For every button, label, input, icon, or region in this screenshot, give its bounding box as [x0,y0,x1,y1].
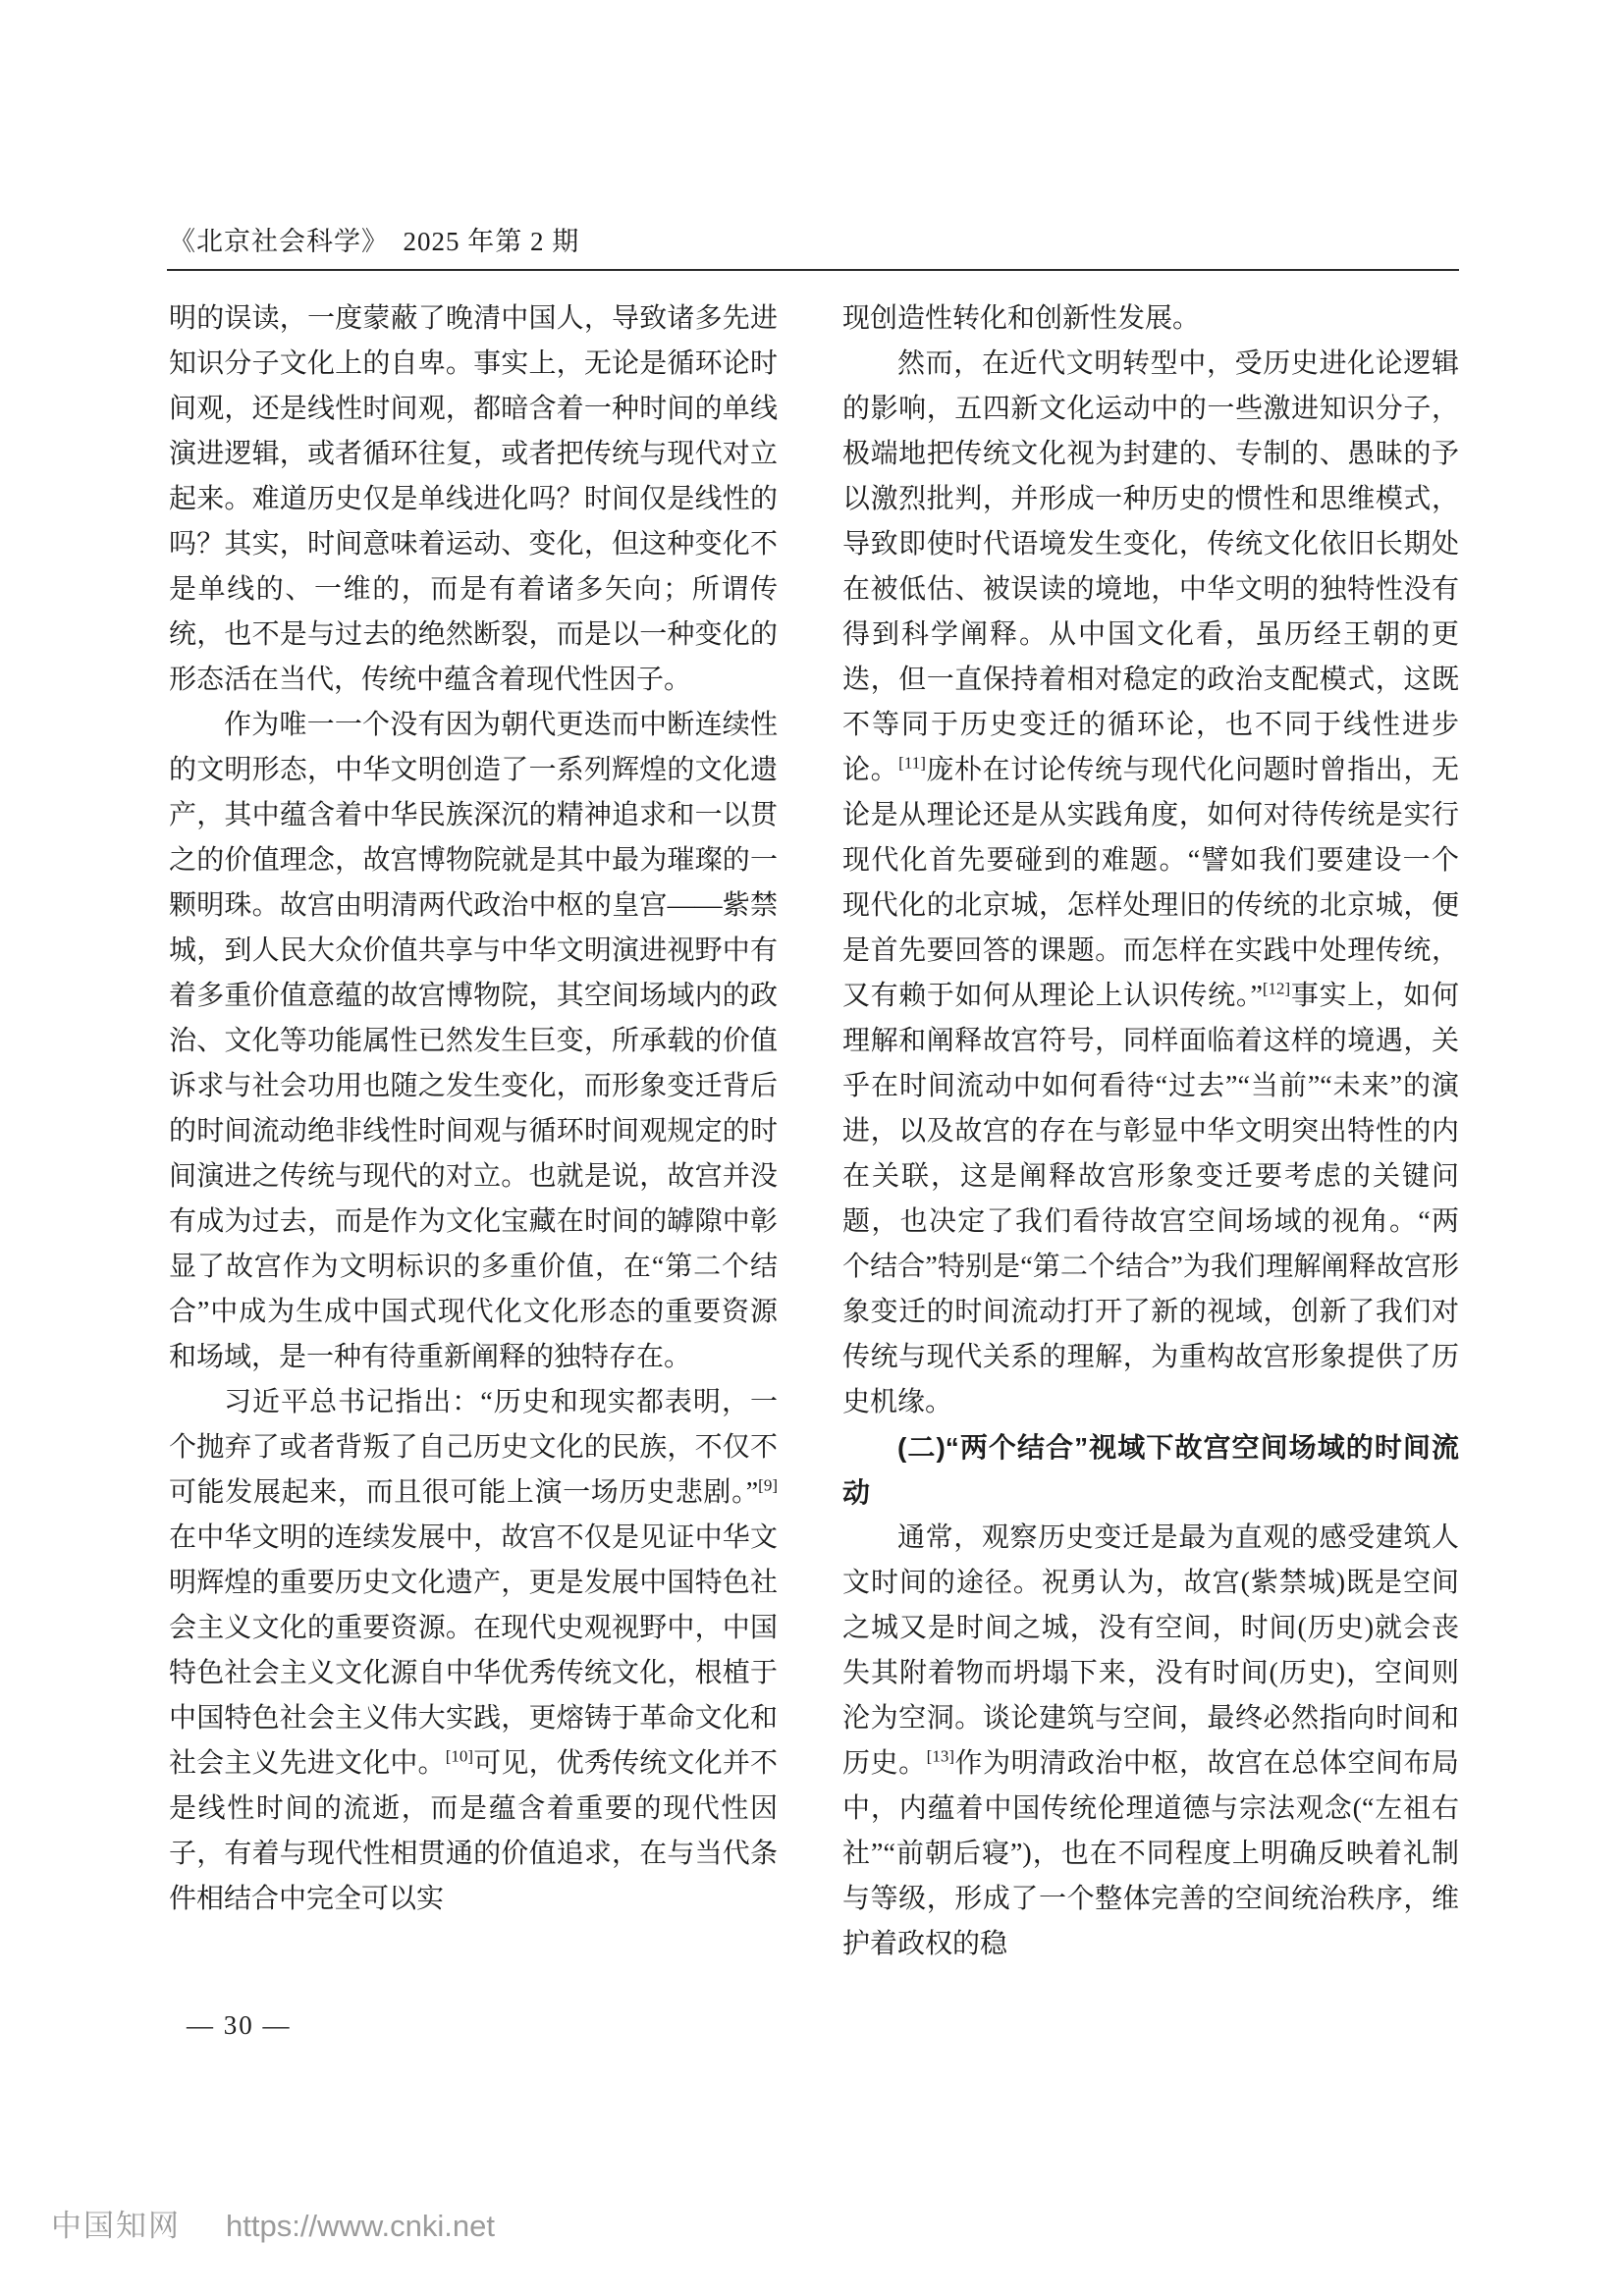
paragraph: 通常，观察历史变迁是最为直观的感受建筑人文时间的途径。祝勇认为，故宫(紫禁城)既… [842,1516,1459,1967]
cnki-url-text: https://www.cnki.net [226,2209,495,2244]
citation-ref: [9] [758,1476,778,1495]
left-column: 明的误读，一度蒙蔽了晚清中国人，导致诸多先进知识分子文化上的自卑。事实上，无论是… [169,296,778,1922]
section-heading: (二)“两个结合”视域下故宫空间场域的时间流动 [842,1425,1459,1516]
citation-ref: [11] [898,754,926,773]
cnki-brand-text: 中国知网 [51,2201,181,2245]
header-rule [167,269,1459,271]
journal-page: 《北京社会科学》 2025 年第 2 期 明的误读，一度蒙蔽了晚清中国人，导致诸… [0,0,1623,2296]
citation-ref: [10] [446,1747,473,1766]
citation-ref: [12] [1263,980,1290,998]
paragraph: 明的误读，一度蒙蔽了晚清中国人，导致诸多先进知识分子文化上的自卑。事实上，无论是… [169,296,778,703]
right-column: 现创造性转化和创新性发展。然而，在近代文明转型中，受历史进化论逻辑的影响，五四新… [842,296,1459,1967]
page-number: — 30 — [187,2010,292,2041]
paragraph: 现创造性转化和创新性发展。 [842,296,1459,342]
footer: 中国知网 https://www.cnki.net [51,2201,495,2245]
journal-header: 《北京社会科学》 2025 年第 2 期 [169,220,579,258]
paragraph: 作为唯一一个没有因为朝代更迭而中断连续性的文明形态，中华文明创造了一系列辉煌的文… [169,703,778,1380]
paragraph: 然而，在近代文明转型中，受历史进化论逻辑的影响，五四新文化运动中的一些激进知识分… [842,342,1459,1425]
paragraph: 习近平总书记指出：“历史和现实都表明，一个抛弃了或者背叛了自己历史文化的民族，不… [169,1380,778,1922]
citation-ref: [13] [927,1747,954,1766]
